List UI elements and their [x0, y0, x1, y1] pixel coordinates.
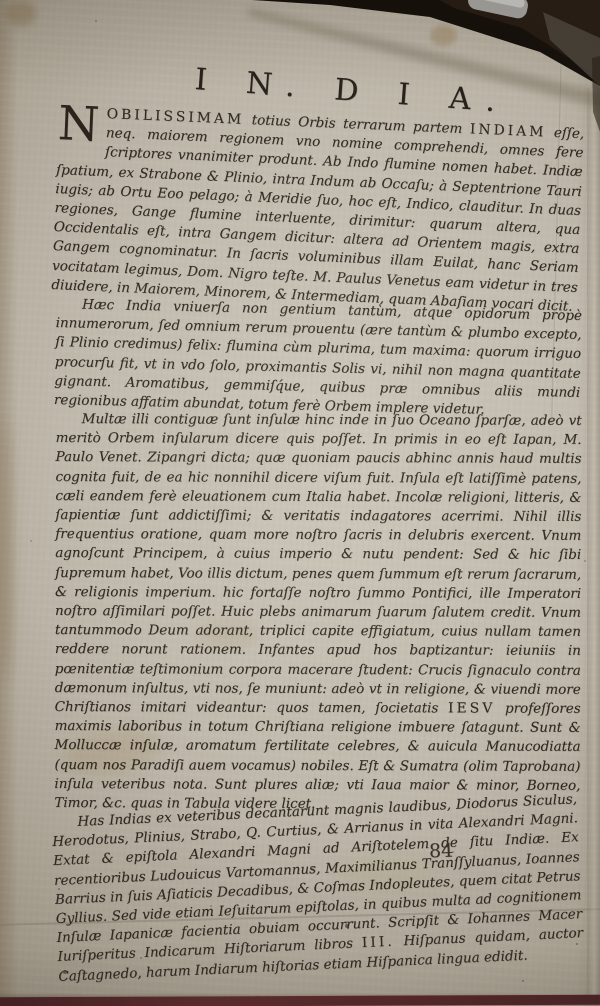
book-photo: I N. D I A. NOBILISSIMAM totius Orbis te…	[0, 0, 600, 1006]
right-edge-shadow	[592, 56, 600, 132]
bottom-board	[0, 995, 600, 1006]
photo-shadow-overlay	[0, 0, 600, 1006]
